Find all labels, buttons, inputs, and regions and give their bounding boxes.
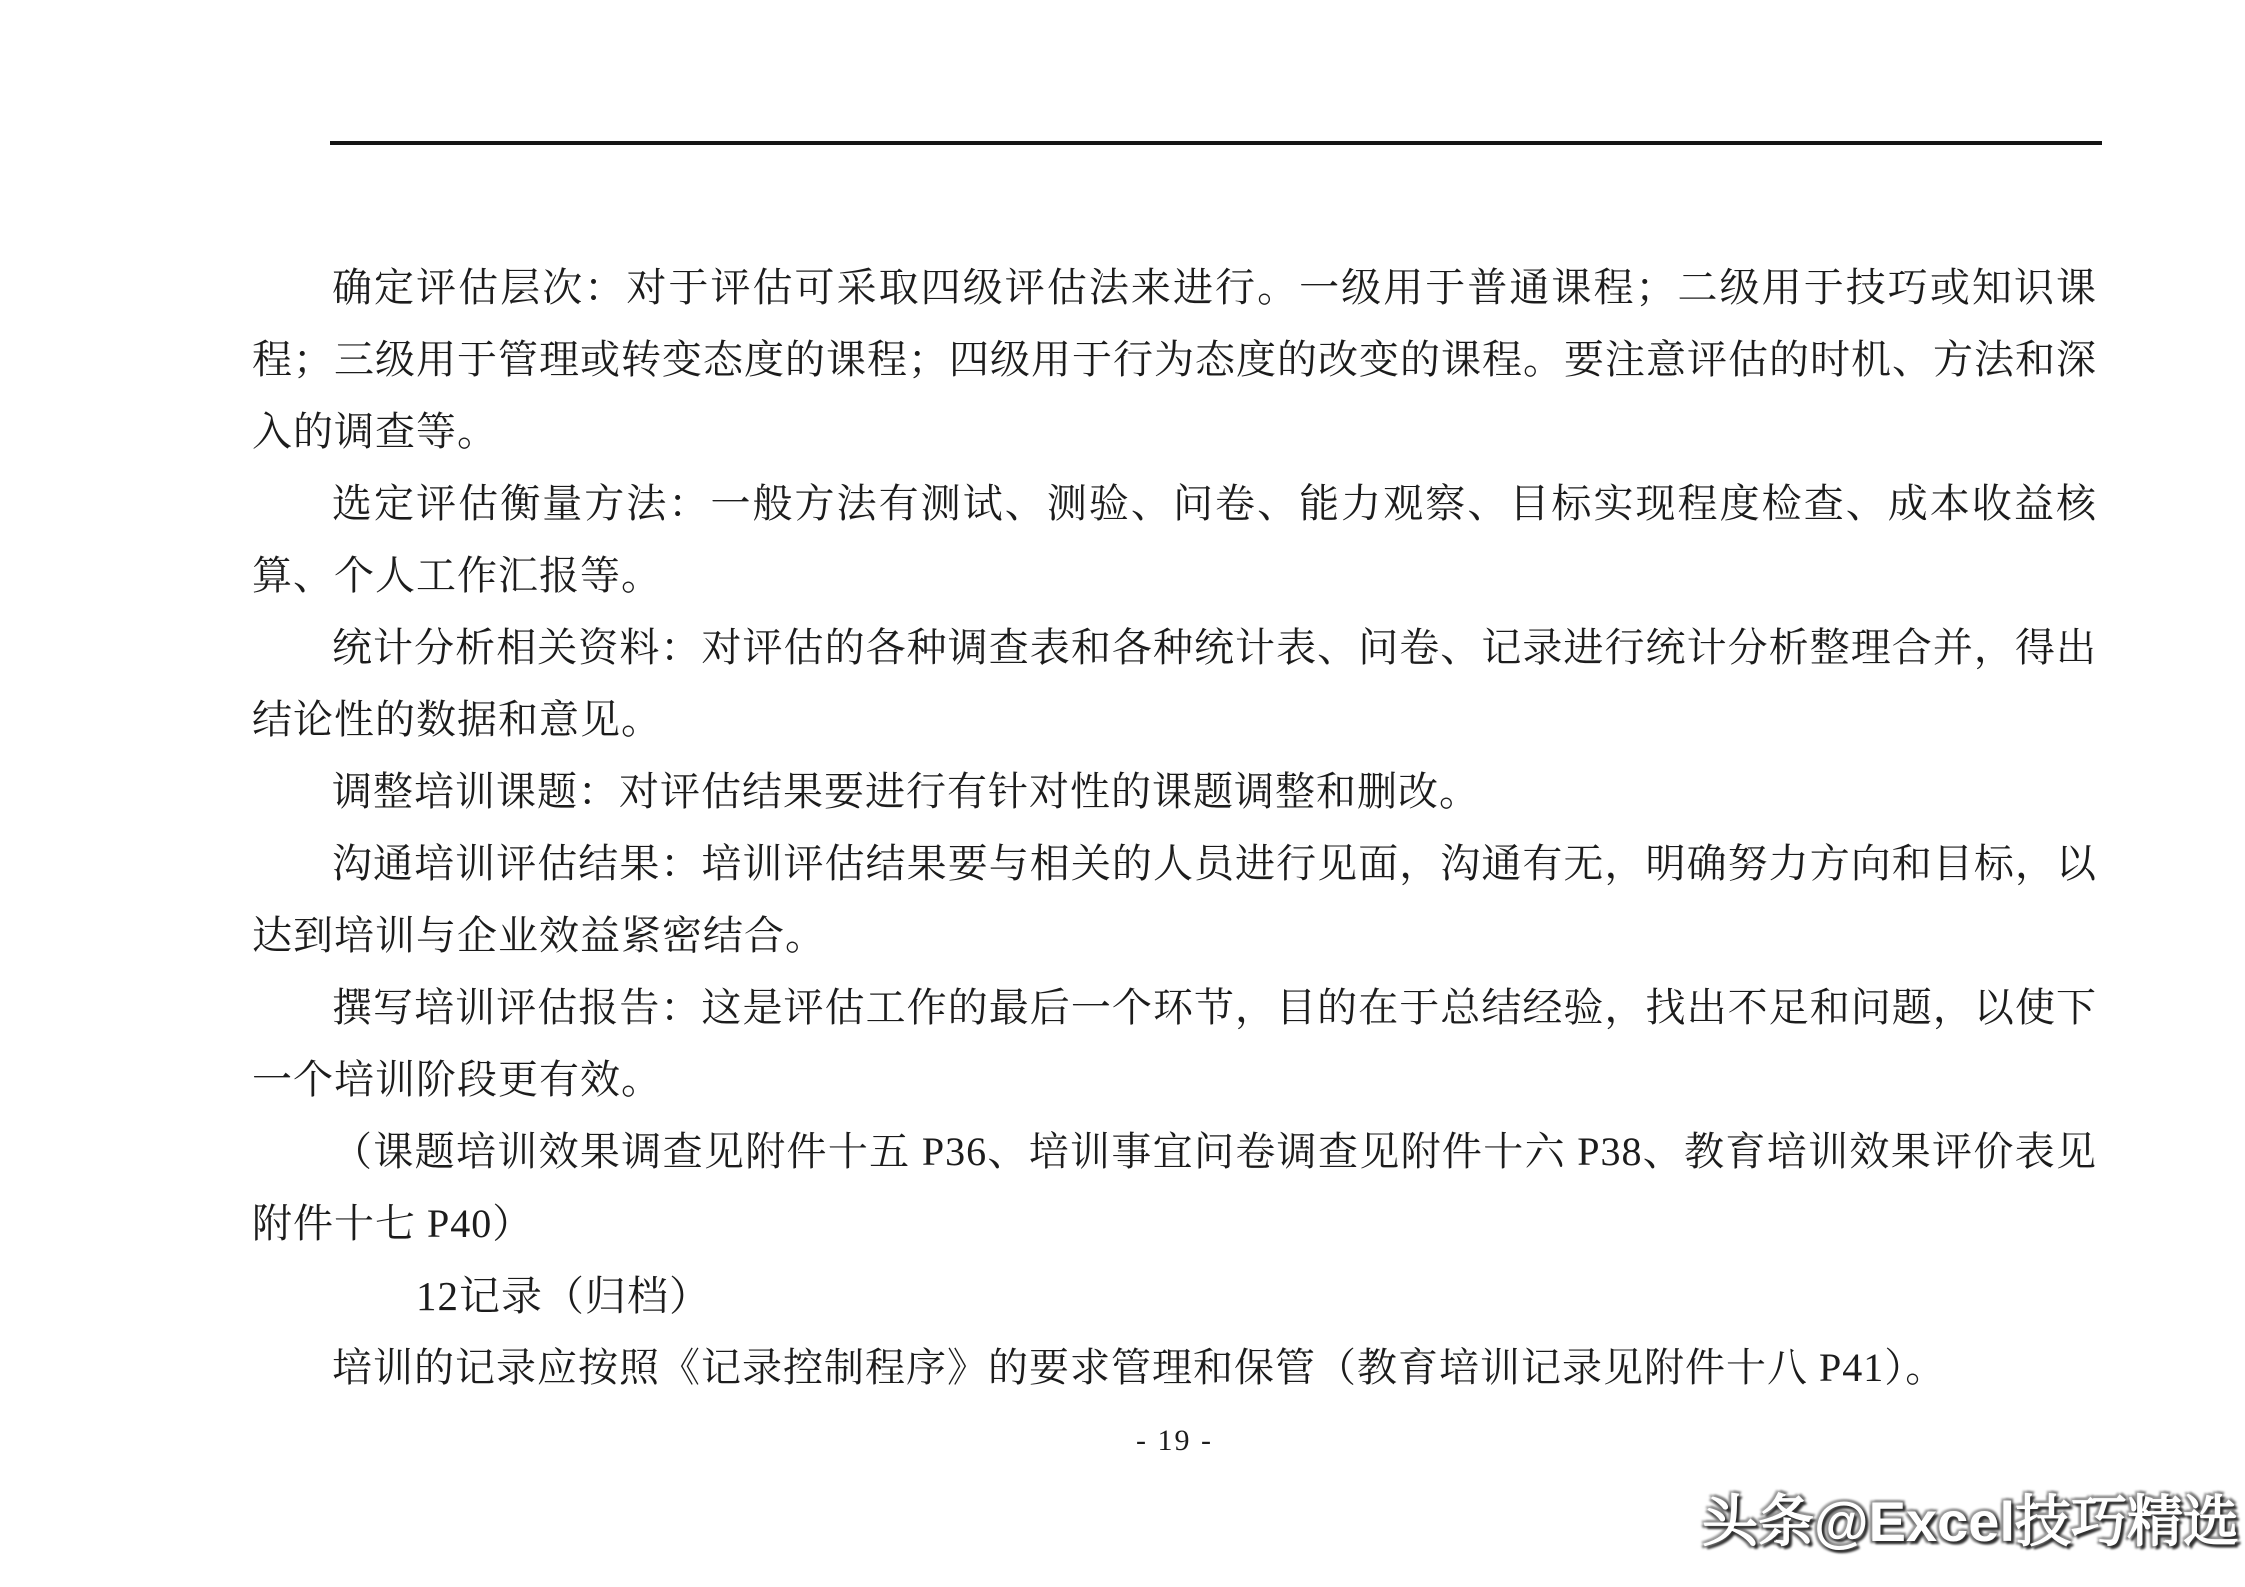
section-heading-records: 12记录（归档） (252, 1260, 2097, 1332)
paragraph-adjust-topics: 调整培训课题：对评估结果要进行有针对性的课题调整和删改。 (252, 756, 2097, 828)
document-body: 确定评估层次：对于评估可采取四级评估法来进行。一级用于普通课程；二级用于技巧或知… (252, 252, 2097, 1404)
paragraph-measurement-methods: 选定评估衡量方法：一般方法有测试、测验、问卷、能力观察、目标实现程度检查、成本收… (252, 468, 2097, 612)
page-number: - 19 - (252, 1424, 2097, 1458)
section-number: 12 (334, 1260, 459, 1332)
paragraph-evaluation-levels: 确定评估层次：对于评估可采取四级评估法来进行。一级用于普通课程；二级用于技巧或知… (252, 252, 2097, 468)
paragraph-statistical-analysis: 统计分析相关资料：对评估的各种调查表和各种统计表、问卷、记录进行统计分析整理合并… (252, 612, 2097, 756)
section-title: 记录（归档） (459, 1273, 711, 1319)
header-rule-divider (330, 141, 2102, 145)
watermark-text: 头条@Excel技巧精选 (1702, 1478, 2239, 1558)
paragraph-records-management: 培训的记录应按照《记录控制程序》的要求管理和保管（教育培训记录见附件十八 P41… (252, 1332, 2097, 1404)
paragraph-communicate-results: 沟通培训评估结果：培训评估结果要与相关的人员进行见面，沟通有无，明确努力方向和目… (252, 828, 2097, 972)
paragraph-attachments-note: （课题培训效果调查见附件十五 P36、培训事宜问卷调查见附件十六 P38、教育培… (252, 1116, 2097, 1260)
paragraph-write-report: 撰写培训评估报告：这是评估工作的最后一个环节，目的在于总结经验，找出不足和问题，… (252, 972, 2097, 1116)
